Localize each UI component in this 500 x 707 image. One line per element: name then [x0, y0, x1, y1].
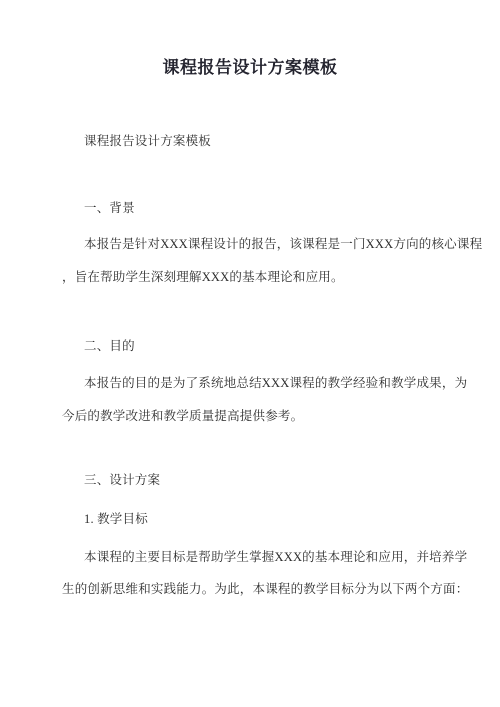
- document-page: 课程报告设计方案模板 课程报告设计方案模板 一、背景 本报告是针对XXX课程设计…: [0, 0, 500, 707]
- paragraph-purpose-line-2: 今后的教学改进和教学质量提高提供参考。: [62, 409, 303, 424]
- section-heading-background: 一、背景: [84, 201, 135, 216]
- paragraph-background-line-2: ，旨在帮助学生深刻理解XXX的基本理论和应用。: [62, 270, 344, 285]
- section-heading-design-plan: 三、设计方案: [84, 473, 160, 488]
- paragraph-background-line-1: 本报告是针对XXX课程设计的报告，该课程是一门XXX方向的核心课程: [84, 237, 482, 252]
- document-title: 课程报告设计方案模板: [0, 58, 500, 78]
- paragraph-purpose-line-1: 本报告的目的是为了系统地总结XXX课程的教学经验和教学成果，为: [84, 376, 467, 391]
- paragraph-goals-line-2: 生的创新思维和实践能力。为此，本课程的教学目标分为以下两个方面：: [62, 582, 468, 597]
- document-subtitle: 课程报告设计方案模板: [84, 134, 211, 149]
- paragraph-goals-line-1: 本课程的主要目标是帮助学生掌握XXX的基本理论和应用，并培养学: [84, 550, 467, 565]
- sub-heading-teaching-goals: 1. 教学目标: [84, 512, 148, 527]
- section-heading-purpose: 二、目的: [84, 339, 135, 354]
